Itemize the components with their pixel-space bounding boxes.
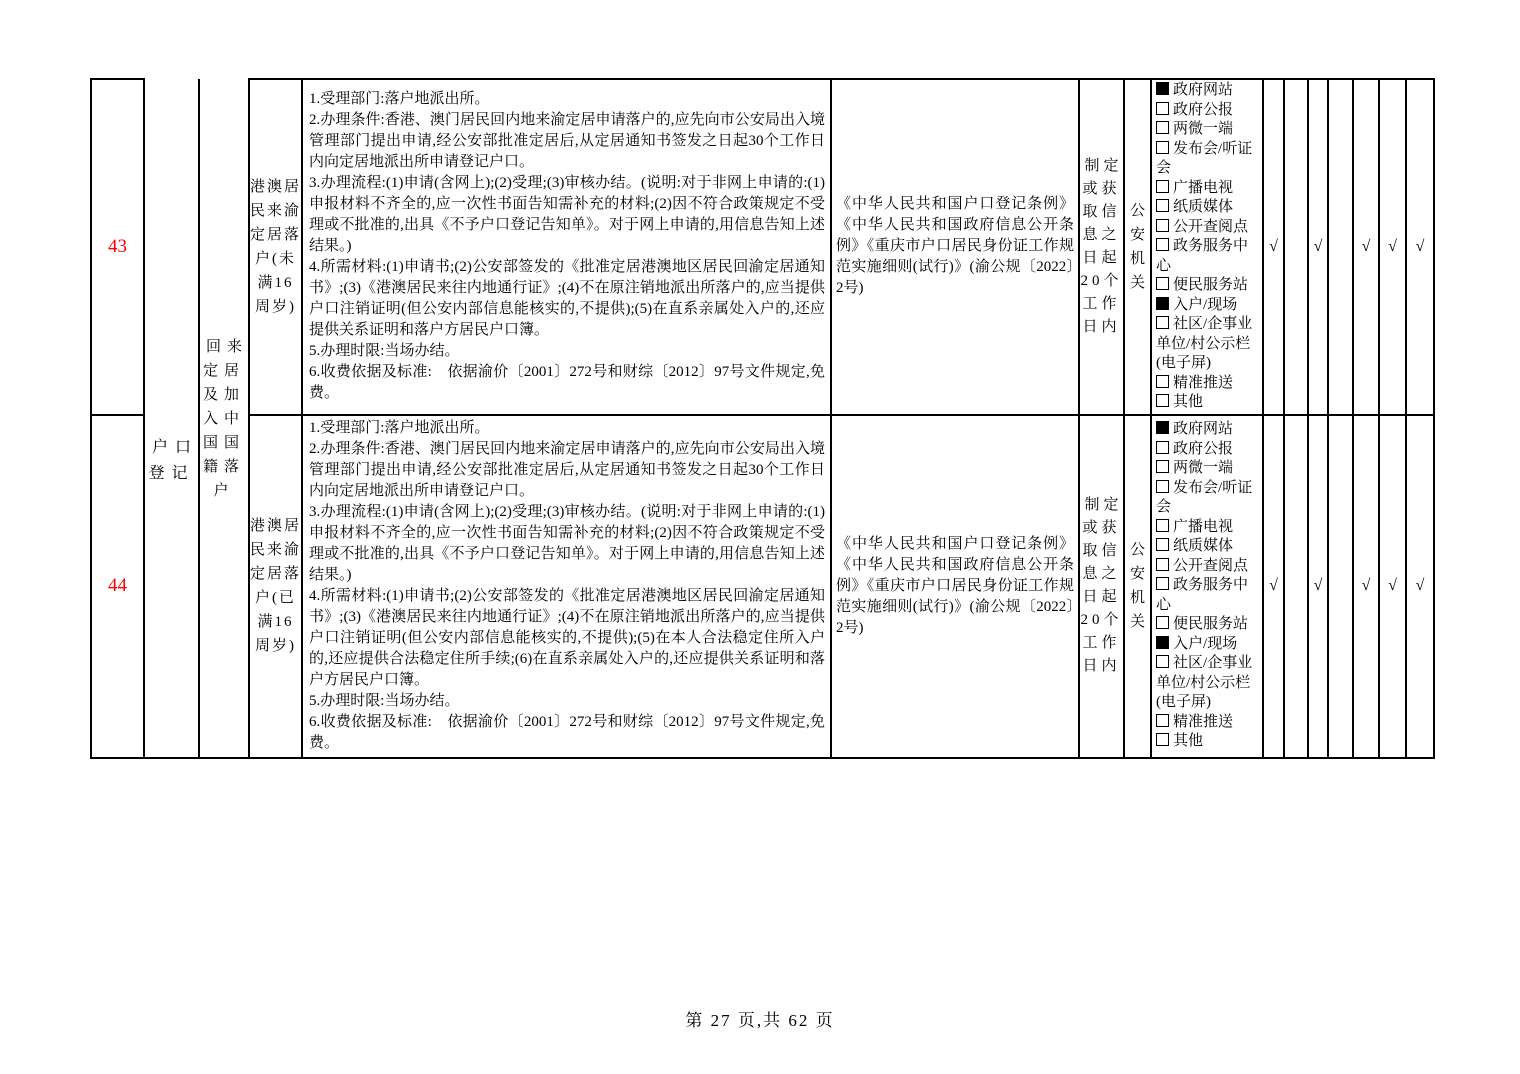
channel-label: 发布会/听证会: [1156, 480, 1252, 516]
channel-label: 纸质媒体: [1173, 199, 1233, 215]
channel-label: 精准推送: [1173, 714, 1233, 730]
legal-basis-cell: 《中华人民共和国户口登记条例》《中华人民共和国政府信息公开条例》《重庆市户口居民…: [831, 79, 1079, 415]
channel-label: 入户/现场: [1173, 636, 1237, 652]
legal-basis-text: 《中华人民共和国户口登记条例》《中华人民共和国政府信息公开条例》《重庆市户口居民…: [832, 532, 1078, 641]
channel-item: 精准推送: [1156, 374, 1260, 394]
row-number-cell: 44: [91, 415, 144, 758]
procedure-cell: 1.受理部门:落户地派出所。 2.办理条件:香港、澳门居民回内地来渝定居申请落户…: [302, 415, 831, 758]
channel-item: 其他: [1156, 393, 1260, 413]
channel-label: 公开查阅点: [1173, 219, 1248, 235]
checkmark-cell: [1328, 79, 1353, 415]
channel-item: 入户/现场: [1156, 296, 1260, 316]
checkbox-icon: [1156, 394, 1169, 407]
channel-item: 纸质媒体: [1156, 198, 1260, 218]
procedure-cell: 1.受理部门:落户地派出所。 2.办理条件:香港、澳门居民回内地来渝定居申请落户…: [302, 79, 831, 415]
channel-label: 入户/现场: [1173, 297, 1237, 313]
channel-label: 社区/企事业单位/村公示栏(电子屏): [1156, 655, 1252, 710]
agency-cell: 公 安 机 关: [1124, 79, 1151, 415]
agency-label: 公 安 机 关: [1125, 538, 1150, 634]
procedure-text: 1.受理部门:落户地派出所。 2.办理条件:香港、澳门居民回内地来渝定居申请落户…: [303, 416, 830, 756]
channel-label: 政务服务中心: [1156, 238, 1248, 274]
subcategory-cell: 回来 定居 及加 入中 国国 籍落 户: [199, 79, 249, 758]
channel-item: 发布会/听证会: [1156, 479, 1260, 518]
checkbox-icon: [1156, 538, 1169, 551]
channel-label: 公开查阅点: [1173, 558, 1248, 574]
channel-label: 两微一端: [1173, 121, 1233, 137]
channel-item: 便民服务站: [1156, 276, 1260, 296]
category-label: 户口 登记: [145, 435, 198, 487]
row-number: 44: [92, 575, 143, 597]
checkmark-cell: √: [1353, 415, 1379, 758]
checkbox-icon: [1156, 616, 1169, 629]
checkbox-icon: [1156, 141, 1169, 154]
checkbox-checked-icon: [1156, 297, 1169, 310]
channel-label: 社区/企事业单位/村公示栏(电子屏): [1156, 316, 1252, 371]
channel-label: 其他: [1173, 394, 1203, 410]
document-page: 43 户口 登记 回来 定居 及加 入中 国国 籍落 户 港澳居 民来渝 定居落…: [0, 0, 1520, 1074]
checkbox-checked-icon: [1156, 82, 1169, 95]
time-limit-text: 制定 或获 取信 息之 日起 20个 工作 日内: [1080, 494, 1123, 678]
channel-label: 政务服务中心: [1156, 577, 1248, 613]
channel-item: 政务服务中心: [1156, 576, 1260, 615]
channel-item: 广播电视: [1156, 518, 1260, 538]
channel-label: 精准推送: [1173, 375, 1233, 391]
checkmark-cell: √: [1263, 79, 1284, 415]
channel-label: 纸质媒体: [1173, 538, 1233, 554]
channel-item: 便民服务站: [1156, 615, 1260, 635]
channel-item: 两微一端: [1156, 459, 1260, 479]
channel-item: 政府网站: [1156, 420, 1260, 440]
channel-item: 社区/企事业单位/村公示栏(电子屏): [1156, 315, 1260, 374]
checkmark-cell: √: [1406, 79, 1434, 415]
channel-label: 政府网站: [1173, 82, 1233, 98]
channel-item: 入户/现场: [1156, 635, 1260, 655]
channel-item: 公开查阅点: [1156, 218, 1260, 238]
checkmark-cell: √: [1263, 415, 1284, 758]
checkbox-icon: [1156, 558, 1169, 571]
channel-item: 公开查阅点: [1156, 557, 1260, 577]
checkbox-icon: [1156, 655, 1169, 668]
channel-item: 其他: [1156, 732, 1260, 752]
checkbox-icon: [1156, 238, 1169, 251]
item-name-cell: 港澳居 民来渝 定居落 户(已 满16 周岁): [249, 415, 302, 758]
channel-item: 社区/企事业单位/村公示栏(电子屏): [1156, 654, 1260, 713]
checkmark-cell: √: [1308, 415, 1328, 758]
table-row: 44 港澳居 民来渝 定居落 户(已 满16 周岁) 1.受理部门:落户地派出所…: [91, 415, 1434, 758]
channel-item: 政府公报: [1156, 440, 1260, 460]
channel-item: 政务服务中心: [1156, 237, 1260, 276]
time-limit-text: 制定 或获 取信 息之 日起 20个 工作 日内: [1080, 155, 1123, 339]
time-limit-cell: 制定 或获 取信 息之 日起 20个 工作 日内: [1079, 415, 1124, 758]
category-cell: 户口 登记: [144, 79, 199, 758]
checkmark-cell: √: [1308, 79, 1328, 415]
channel-item: 两微一端: [1156, 120, 1260, 140]
legal-basis-cell: 《中华人民共和国户口登记条例》《中华人民共和国政府信息公开条例》《重庆市户口居民…: [831, 415, 1079, 758]
checkbox-icon: [1156, 714, 1169, 727]
legal-basis-text: 《中华人民共和国户口登记条例》《中华人民共和国政府信息公开条例》《重庆市户口居民…: [832, 192, 1078, 301]
item-name: 港澳居 民来渝 定居落 户(未 满16 周岁): [250, 175, 301, 319]
channel-label: 政府网站: [1173, 421, 1233, 437]
checkbox-icon: [1156, 219, 1169, 232]
agency-label: 公 安 机 关: [1125, 199, 1150, 295]
row-number: 43: [92, 236, 143, 258]
checkmark-cell: [1328, 415, 1353, 758]
checkmark-cell: √: [1379, 415, 1406, 758]
channel-label: 政府公报: [1173, 441, 1233, 457]
checkmark-cell: √: [1406, 415, 1434, 758]
checkbox-icon: [1156, 316, 1169, 329]
checkbox-icon: [1156, 121, 1169, 134]
checkbox-checked-icon: [1156, 636, 1169, 649]
channel-item: 政府网站: [1156, 81, 1260, 101]
channel-list: 政府网站政府公报两微一端发布会/听证会广播电视纸质媒体公开查阅点政务服务中心便民…: [1152, 80, 1262, 414]
channel-label: 广播电视: [1173, 180, 1233, 196]
channel-label: 两微一端: [1173, 460, 1233, 476]
checkbox-icon: [1156, 519, 1169, 532]
channels-cell: 政府网站政府公报两微一端发布会/听证会广播电视纸质媒体公开查阅点政务服务中心便民…: [1151, 79, 1263, 415]
checkbox-checked-icon: [1156, 421, 1169, 434]
channel-label: 广播电视: [1173, 519, 1233, 535]
checkmark-cell: [1284, 415, 1308, 758]
item-name: 港澳居 民来渝 定居落 户(已 满16 周岁): [250, 514, 301, 658]
checkbox-icon: [1156, 460, 1169, 473]
time-limit-cell: 制定 或获 取信 息之 日起 20个 工作 日内: [1079, 79, 1124, 415]
procedure-text: 1.受理部门:落户地派出所。 2.办理条件:香港、澳门居民回内地来渝定居申请落户…: [303, 87, 830, 406]
channel-item: 发布会/听证会: [1156, 140, 1260, 179]
checkmark-cell: √: [1353, 79, 1379, 415]
channels-cell: 政府网站政府公报两微一端发布会/听证会广播电视纸质媒体公开查阅点政务服务中心便民…: [1151, 415, 1263, 758]
channel-item: 精准推送: [1156, 713, 1260, 733]
checkbox-icon: [1156, 480, 1169, 493]
checkbox-icon: [1156, 577, 1169, 590]
checkbox-icon: [1156, 277, 1169, 290]
channel-label: 其他: [1173, 733, 1203, 749]
checkbox-icon: [1156, 180, 1169, 193]
channel-label: 发布会/听证会: [1156, 141, 1252, 177]
channel-item: 纸质媒体: [1156, 537, 1260, 557]
checkbox-icon: [1156, 375, 1169, 388]
checkbox-icon: [1156, 441, 1169, 454]
checkmark-cell: [1284, 79, 1308, 415]
checkbox-icon: [1156, 102, 1169, 115]
item-name-cell: 港澳居 民来渝 定居落 户(未 满16 周岁): [249, 79, 302, 415]
channel-item: 广播电视: [1156, 179, 1260, 199]
channel-label: 便民服务站: [1173, 277, 1248, 293]
row-number-cell: 43: [91, 79, 144, 415]
table-row: 43 户口 登记 回来 定居 及加 入中 国国 籍落 户 港澳居 民来渝 定居落…: [91, 79, 1434, 415]
disclosure-table: 43 户口 登记 回来 定居 及加 入中 国国 籍落 户 港澳居 民来渝 定居落…: [90, 78, 1435, 759]
page-footer: 第 27 页,共 62 页: [0, 1006, 1520, 1031]
checkbox-icon: [1156, 733, 1169, 746]
channel-list: 政府网站政府公报两微一端发布会/听证会广播电视纸质媒体公开查阅点政务服务中心便民…: [1152, 419, 1262, 753]
subcategory-label: 回来 定居 及加 入中 国国 籍落 户: [200, 335, 248, 503]
channel-label: 便民服务站: [1173, 616, 1248, 632]
agency-cell: 公 安 机 关: [1124, 415, 1151, 758]
checkmark-cell: √: [1379, 79, 1406, 415]
channel-label: 政府公报: [1173, 102, 1233, 118]
channel-item: 政府公报: [1156, 101, 1260, 121]
checkbox-icon: [1156, 199, 1169, 212]
